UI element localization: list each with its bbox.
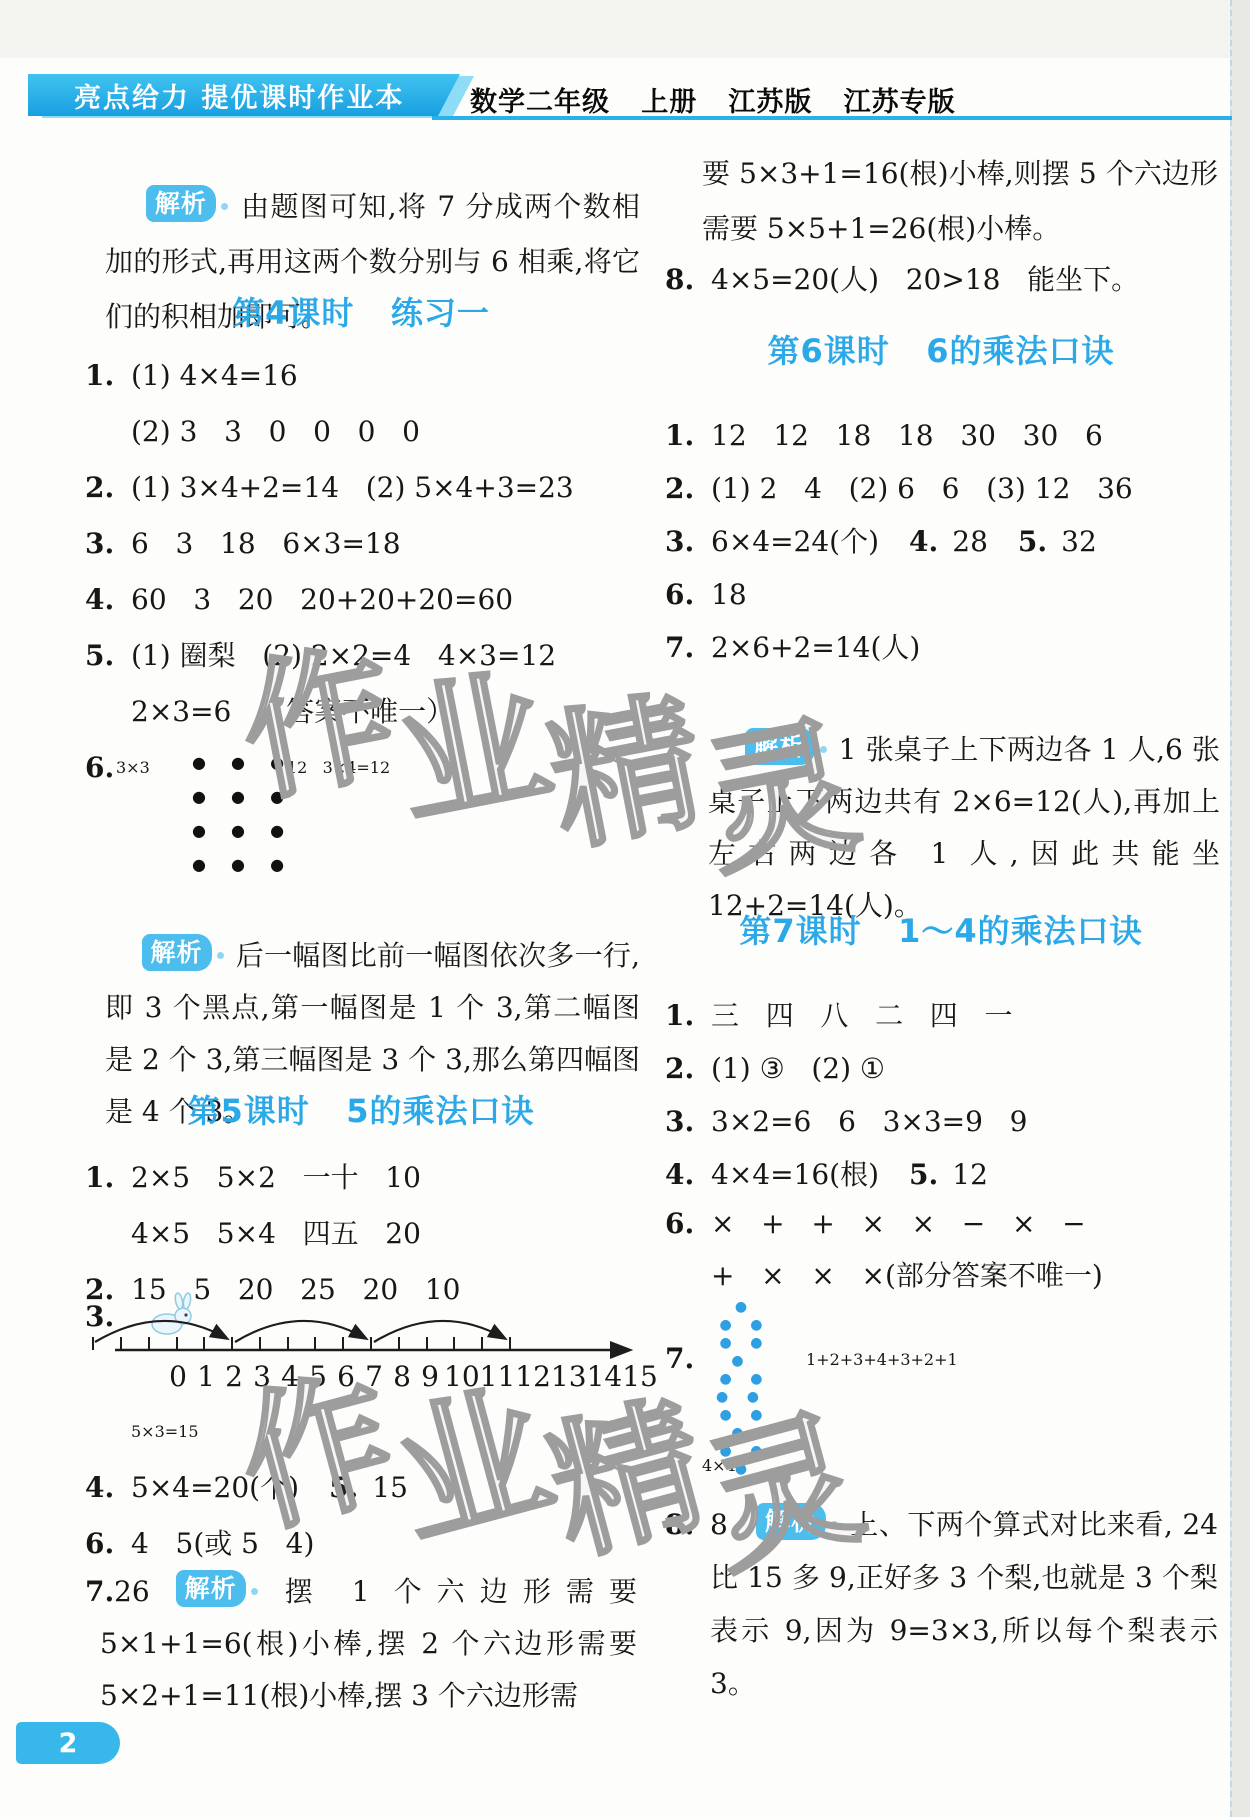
l4-item-3: 3. 6 3 18 6×3=18 xyxy=(85,516,683,572)
page-number-badge: 2 xyxy=(16,1722,120,1764)
item-number: 5. xyxy=(85,628,114,684)
l7-item-3: 3. 3×2=6 6 3×3=9 9 xyxy=(665,1094,1250,1150)
l6-item-2: 2. (1) 2 4 (2) 6 6 (3) 12 36 xyxy=(665,461,1250,517)
black-dot-grid: ● ● ●● ● ●● ● ●● ● ● xyxy=(192,746,294,882)
l6-item-6: 6. 18 xyxy=(665,567,1250,623)
answer-line: 4×5 5×4 四五 20 xyxy=(131,1206,683,1262)
answer-line: 4×5=20(人) 20>18 能坐下。 xyxy=(711,252,1250,308)
answer-line: (1) 3×4+2=14 (2) 5×4+3=23 xyxy=(131,460,683,516)
badge-dot-icon xyxy=(217,952,224,959)
item-number: 2. xyxy=(665,461,694,517)
analysis-badge: 解析 xyxy=(756,1503,826,1540)
answer-line: (1) 圈梨 (2) 2×2=4 4×3=12 xyxy=(131,628,683,684)
answer-line: 3×2=6 6 3×3=9 9 xyxy=(711,1094,1250,1150)
item-number: 3. xyxy=(85,516,114,572)
l7-item7-sub: 4×4 xyxy=(702,1438,736,1494)
l4-item6-left-text: 3×3 xyxy=(116,740,150,796)
l5-item3-answer: 5×3=15 xyxy=(131,1404,199,1460)
answer-line: × + + × × − × − xyxy=(711,1198,1250,1250)
page-top-edge xyxy=(0,0,1250,58)
lesson4-title: 第4课时 练习一 xyxy=(85,288,637,334)
item-number: 7. xyxy=(85,1566,114,1618)
badge-dot-icon xyxy=(820,746,827,753)
item-number: 1. xyxy=(85,348,114,404)
answer-line: + × × ×(部分答案不唯一) xyxy=(711,1250,1250,1302)
answer-line: (1) 4×4=16 xyxy=(131,348,683,404)
answer-line: 2×3=6 （答案不唯一） xyxy=(131,684,683,740)
l4-item-4: 4. 60 3 20 20+20+20=60 xyxy=(85,572,683,628)
analysis-badge: 解析 xyxy=(146,185,216,222)
answer-line: 4×4=16(根)5.12 xyxy=(711,1147,1250,1203)
item-number: 2. xyxy=(665,1041,694,1097)
item-number: 4. xyxy=(909,525,938,558)
item-number: 4. xyxy=(85,1460,114,1516)
answer-line: 60 3 20 20+20+20=60 xyxy=(131,572,683,628)
item-number: 5. xyxy=(1018,525,1047,558)
hop-arc-10-15 xyxy=(374,1321,504,1342)
number-line-figure xyxy=(85,1288,637,1360)
l4-item-2: 2. (1) 3×4+2=14 (2) 5×4+3=23 xyxy=(85,460,683,516)
item-number: 4. xyxy=(85,572,114,628)
brand-banner: 亮点给力 提优课时作业本 xyxy=(28,74,460,116)
l4-analysis: 解析后一幅图比前一幅图依次多一行,即 3 个黑点,第一幅图是 1 个 3,第二幅… xyxy=(105,878,640,1190)
badge-dot-icon xyxy=(221,203,228,210)
item-number: 4. xyxy=(665,1147,694,1203)
item-number: 7. xyxy=(665,620,694,676)
l5-item7-analysis-cont: 要 5×3+1=16(根)小棒,则摆 5 个六边形需要 5×5+1=26(根)小… xyxy=(702,146,1218,256)
analysis-badge: 解析 xyxy=(176,1570,246,1607)
analysis-badge: 解析 xyxy=(745,728,815,765)
item-number: 5. xyxy=(909,1158,938,1191)
answer-line: 6×4=24(个)4.285.32 xyxy=(711,514,1250,570)
brand-title: 亮点给力 提优课时作业本 xyxy=(28,76,404,115)
analysis-badge: 解析 xyxy=(142,934,212,971)
l6-item-3-4-5: 3. 6×4=24(个)4.285.32 xyxy=(665,514,1250,570)
l6-item3-answer: 6×4=24(个) xyxy=(711,525,879,558)
answer-line: 12 12 18 18 30 30 6 xyxy=(711,408,1250,464)
l5-item-1: 1. 2×5 5×2 一十 10 4×5 5×4 四五 20 xyxy=(85,1150,683,1262)
answer-line: 5×4=20(个)5.15 xyxy=(131,1460,683,1516)
answer-line: (1) ③ (2) ① xyxy=(711,1041,1250,1097)
item-number: 2. xyxy=(85,460,114,516)
l7-item4-answer: 4×4=16(根) xyxy=(711,1158,879,1191)
item-number: 1. xyxy=(665,988,694,1044)
lesson7-title: 第7课时 1～4的乘法口诀 xyxy=(665,906,1217,952)
l5-item7-body: 26解析摆 1 个六边形需要 5×1+1=6(根)小棒,摆 2 个六边形需要 5… xyxy=(85,1566,637,1722)
l7-item8-body: 8解析上、下两个算式对比来看, 24 比 15 多 9,正好多 3 个梨,也就是… xyxy=(710,1498,1218,1710)
header-subject: 数学二年级 上册 江苏版 江苏专版 xyxy=(470,80,956,119)
answer-line: 2×5 5×2 一十 10 xyxy=(131,1150,683,1206)
l7-item7-sum: 1+2+3+4+3+2+1 xyxy=(806,1332,958,1388)
item-number: 6. xyxy=(665,1198,694,1250)
header-rule xyxy=(432,116,1232,120)
l7-item5-answer: 12 xyxy=(952,1158,988,1191)
item-number: 1. xyxy=(665,408,694,464)
lesson6-title: 第6课时 6的乘法口诀 xyxy=(665,326,1217,372)
answer-line: (2) 3 3 0 0 0 0 xyxy=(131,404,683,460)
number-line-labels: 0123456789101112131415 xyxy=(164,1360,609,1393)
l5-item7-answer: 26 xyxy=(114,1575,150,1608)
l5-item5-answer: 15 xyxy=(372,1471,408,1504)
l7-item-4-5: 4. 4×4=16(根)5.12 xyxy=(665,1147,1250,1203)
banner-shape: 亮点给力 提优课时作业本 xyxy=(28,74,460,116)
l6-item4-answer: 28 xyxy=(952,525,988,558)
l4-item-1: 1. (1) 4×4=16 (2) 3 3 0 0 0 0 xyxy=(85,348,683,460)
item-number: 1. xyxy=(85,1150,114,1206)
answer-line: 三 四 八 二 四 一 xyxy=(711,988,1250,1044)
item-number: 8. xyxy=(665,252,694,308)
rabbit-icon xyxy=(152,1292,192,1334)
l7-item-6: 6. × + + × × − × − + × × ×(部分答案不唯一) xyxy=(665,1198,1250,1302)
item-number: 5. xyxy=(329,1471,358,1504)
answer-line: 2×6+2=14(人) xyxy=(711,620,1250,676)
l5-item-6: 6. 4 5(或 5 4) xyxy=(85,1516,683,1572)
l5-item-7: 7. 26解析摆 1 个六边形需要 5×1+1=6(根)小棒,摆 2 个六边形需… xyxy=(85,1566,637,1722)
answer-line: 6 3 18 6×3=18 xyxy=(131,516,683,572)
number-line-ticks xyxy=(93,1337,510,1350)
badge-dot-icon xyxy=(251,1588,258,1595)
l4-item-5: 5. (1) 圈梨 (2) 2×2=4 4×3=12 2×3=6 （答案不唯一） xyxy=(85,628,683,740)
l4-item6-right-text: 12 3×4=12 xyxy=(287,740,390,796)
item-number: 6. xyxy=(85,1516,114,1572)
item-number: 8. xyxy=(665,1498,694,1551)
item-number: 7. xyxy=(665,1342,694,1375)
l5-item-4-5: 4. 5×4=20(个)5.15 xyxy=(85,1460,683,1516)
lesson5-title: 第5课时 5的乘法口诀 xyxy=(85,1086,637,1132)
l5-item4-answer: 5×4=20(个) xyxy=(131,1471,299,1504)
l6-item-7: 7. 2×6+2=14(人) xyxy=(665,620,1250,676)
l6-item-1: 1. 12 12 18 18 30 30 6 xyxy=(665,408,1250,464)
page-number: 2 xyxy=(59,1728,78,1759)
answer-line: 18 xyxy=(711,567,1250,623)
item-number: 3. xyxy=(665,514,694,570)
item-number: 6. xyxy=(665,567,694,623)
hop-arc-5-10 xyxy=(235,1321,365,1342)
l7-item-2: 2. (1) ③ (2) ① xyxy=(665,1041,1250,1097)
item-number: 3. xyxy=(665,1094,694,1150)
item-number: 6. xyxy=(85,740,114,796)
workbook-answer-page: 亮点给力 提优课时作业本 数学二年级 上册 江苏版 江苏专版 解析由题图可知,将… xyxy=(0,0,1250,1817)
l7-item8-answer: 8 xyxy=(710,1508,728,1541)
badge-dot-icon xyxy=(831,1521,838,1528)
answer-line: (1) 2 4 (2) 6 6 (3) 12 36 xyxy=(711,461,1250,517)
l6-item5-answer: 32 xyxy=(1061,525,1097,558)
l7-item-1: 1. 三 四 八 二 四 一 xyxy=(665,988,1250,1044)
l5-item-8: 8. 4×5=20(人) 20>18 能坐下。 xyxy=(665,252,1250,308)
answer-line: 4 5(或 5 4) xyxy=(131,1516,683,1572)
